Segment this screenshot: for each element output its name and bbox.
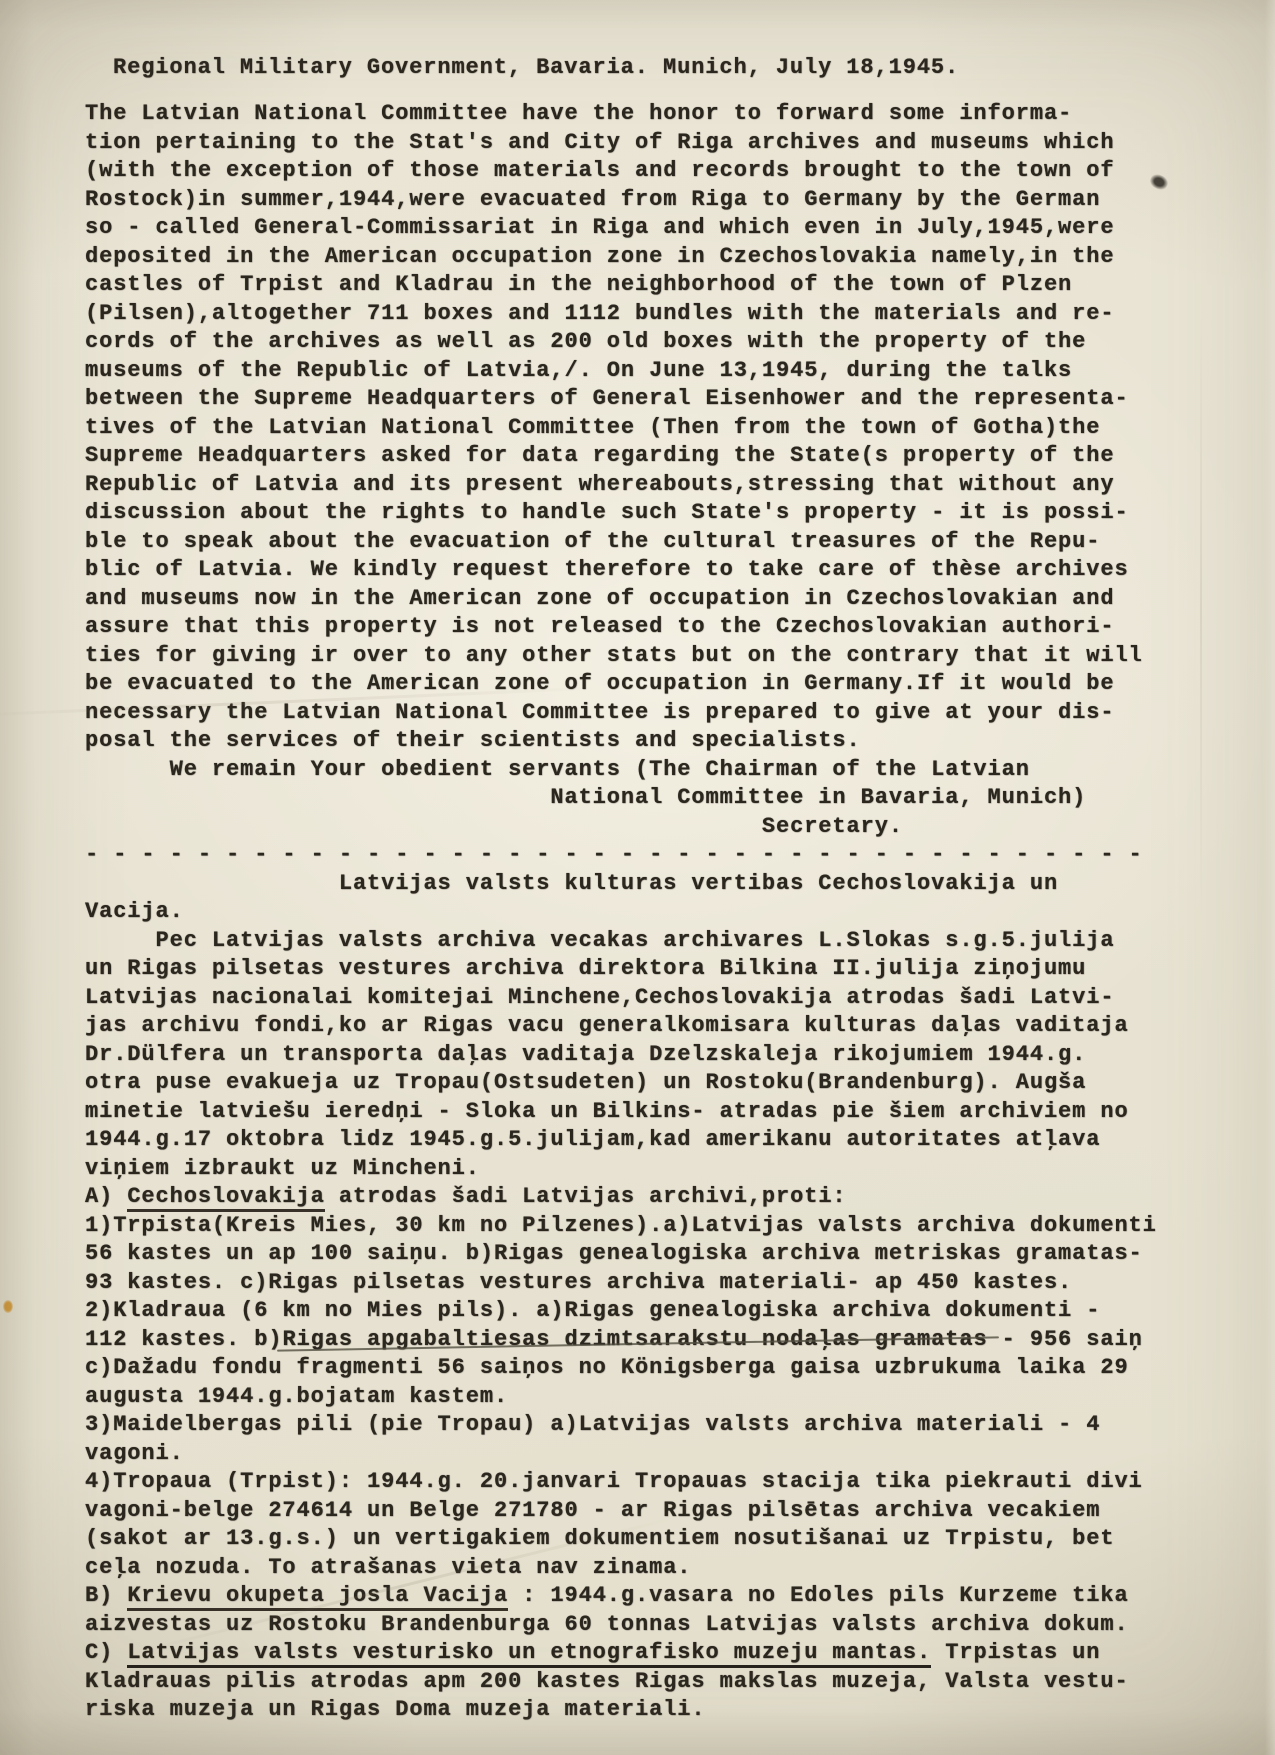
text-line: viņiem izbraukt uz Mincheni. xyxy=(85,1155,1245,1184)
orange-paper-fleck xyxy=(3,1300,13,1313)
english-paragraph: The Latvian National Committee have the … xyxy=(85,100,1245,756)
text-line: (sakot ar 13.g.s.) un vertigakiem dokume… xyxy=(85,1525,1245,1554)
section-b-underlined-phrase: Krievu okupeta josla Vacija xyxy=(127,1583,508,1611)
section-c-heading: C) Latvijas valsts vesturisko un etnogra… xyxy=(85,1639,1245,1668)
text-line: 1944.g.17 oktobra lidz 1945.g.5.julijam,… xyxy=(85,1126,1245,1155)
text-line: and museums now in the American zone of … xyxy=(85,585,1245,614)
text-line: museums of the Republic of Latvia,/. On … xyxy=(85,357,1245,386)
text-line: so - called General-Commissariat in Riga… xyxy=(85,214,1245,243)
text-line: minetie latviešu ieredņi - Sloka un Bilk… xyxy=(85,1098,1245,1127)
section-b-label: B) xyxy=(85,1583,127,1608)
document-header: Regional Military Government, Bavaria. M… xyxy=(113,54,959,83)
final-lines-block: Kladrauas pilis atrodas apm 200 kastes R… xyxy=(85,1668,1245,1725)
text-line: National Committee in Bavaria, Munich) xyxy=(85,784,1245,813)
text-line: 2)Kladraua (6 km no Mies pils). a)Rigas … xyxy=(85,1297,1245,1326)
text-line: posal the services of their scientists a… xyxy=(85,727,1245,756)
struck-line-rest: - 956 saiņ xyxy=(988,1327,1143,1352)
text-line: Latvijas nacionalai komitejai Minchene,C… xyxy=(85,984,1245,1013)
text-line: c)Dažadu fondu fragmenti 56 saiņos no Kö… xyxy=(85,1354,1245,1383)
text-line: 3)Maidelbergas pili (pie Tropau) a)Latvi… xyxy=(85,1411,1245,1440)
text-line: We remain Your obedient servants (The Ch… xyxy=(85,756,1245,785)
section-c-underlined-phrase: Latvijas valsts vesturisko un etnografis… xyxy=(127,1640,931,1668)
text-line: ble to speak about the evacuation of the… xyxy=(85,528,1245,557)
text-line: blic of Latvia. We kindly request theref… xyxy=(85,556,1245,585)
text-line: 1)Trpista(Kreis Mies, 30 km no Pilzenes)… xyxy=(85,1212,1245,1241)
text-line: un Rigas pilsetas vestures archiva direk… xyxy=(85,955,1245,984)
text-line: Supreme Headquarters asked for data rega… xyxy=(85,442,1245,471)
text-line: cords of the archives as well as 200 old… xyxy=(85,328,1245,357)
section-c-rest: Trpistas un xyxy=(931,1640,1100,1665)
text-line: (Pilsen),altogether 711 boxes and 1112 b… xyxy=(85,300,1245,329)
list-a2-block: c)Dažadu fondu fragmenti 56 saiņos no Kö… xyxy=(85,1354,1245,1582)
text-line: vagoni. xyxy=(85,1440,1245,1469)
text-line: tives of the Latvian National Committee … xyxy=(85,414,1245,443)
struck-phrase: Rigas apgabaltiesas dzimtsarakstu nodaļa… xyxy=(282,1327,987,1352)
struck-text-line: 112 kastes. b)Rigas apgabaltiesas dzimts… xyxy=(85,1326,1245,1355)
text-line: Pec Latvijas valsts archiva vecakas arch… xyxy=(85,927,1245,956)
text-line: Rostock)in summer,1944,were evacuated fr… xyxy=(85,186,1245,215)
section-b-rest: : 1944.g.vasara no Edoles pils Kurzeme t… xyxy=(508,1583,1129,1608)
dashed-separator: - - - - - - - - - - - - - - - - - - - - … xyxy=(85,841,1245,870)
scanned-document-page: Regional Military Government, Bavaria. M… xyxy=(0,0,1275,1755)
section-b-continuation: aizvestas uz Rostoku Brandenburga 60 ton… xyxy=(85,1611,1245,1640)
document-body: The Latvian National Committee have the … xyxy=(85,100,1245,1725)
section-a-heading: A) Cechoslovakija atrodas šadi Latvijas … xyxy=(85,1183,1245,1212)
section-b-heading: B) Krievu okupeta josla Vacija : 1944.g.… xyxy=(85,1582,1245,1611)
latvian-intro: Pec Latvijas valsts archiva vecakas arch… xyxy=(85,927,1245,1184)
text-line: 4)Tropaua (Trpist): 1944.g. 20.janvari T… xyxy=(85,1468,1245,1497)
latvian-title: Latvijas valsts kulturas vertibas Cechos… xyxy=(85,870,1245,927)
text-line: Latvijas valsts kulturas vertibas Cechos… xyxy=(85,870,1245,899)
text-line: assure that this property is not release… xyxy=(85,613,1245,642)
text-line: Dr.Dülfera un transporta daļas vaditaja … xyxy=(85,1041,1245,1070)
text-line: augusta 1944.g.bojatam kastem. xyxy=(85,1383,1245,1412)
text-line: otra puse evakueja uz Tropau(Ostsudeten)… xyxy=(85,1069,1245,1098)
text-line: (with the exception of those materials a… xyxy=(85,157,1245,186)
text-line: tion pertaining to the Stat's and City o… xyxy=(85,129,1245,158)
text-line: 56 kastes un ap 100 saiņu. b)Rigas genea… xyxy=(85,1240,1245,1269)
text-line: Secretary. xyxy=(85,813,1245,842)
text-line: necessary the Latvian National Committee… xyxy=(85,699,1245,728)
text-line: ceļa nozuda. To atrašanas vieta nav zina… xyxy=(85,1554,1245,1583)
text-line: castles of Trpist and Kladrau in the nei… xyxy=(85,271,1245,300)
text-line: riska muzeja un Rigas Doma muzeja materi… xyxy=(85,1696,1245,1725)
text-line: Kladrauas pilis atrodas apm 200 kastes R… xyxy=(85,1668,1245,1697)
text-line: jas archivu fondi,ko ar Rigas vacu gener… xyxy=(85,1012,1245,1041)
text-line: ties for giving ir over to any other sta… xyxy=(85,642,1245,671)
text-line: deposited in the American occupation zon… xyxy=(85,243,1245,272)
list-a-block: 1)Trpista(Kreis Mies, 30 km no Pilzenes)… xyxy=(85,1212,1245,1326)
section-a-rest: atrodas šadi Latvijas archivi,proti: xyxy=(325,1184,847,1209)
closing-block: We remain Your obedient servants (The Ch… xyxy=(85,756,1245,842)
text-line: Vacija. xyxy=(85,898,1245,927)
text-line: between the Supreme Headquarters of Gene… xyxy=(85,385,1245,414)
section-a-label: A) xyxy=(85,1184,127,1209)
text-line: be evacuated to the American zone of occ… xyxy=(85,670,1245,699)
text-line: vagoni-belge 274614 un Belge 271780 - ar… xyxy=(85,1497,1245,1526)
text-line: The Latvian National Committee have the … xyxy=(85,100,1245,129)
section-c-label: C) xyxy=(85,1640,127,1665)
text-line: discussion about the rights to handle su… xyxy=(85,499,1245,528)
section-a-underlined-phrase: Cechoslovakija xyxy=(127,1184,324,1212)
text-line: Republic of Latvia and its present where… xyxy=(85,471,1245,500)
text-line: 93 kastes. c)Rigas pilsetas vestures arc… xyxy=(85,1269,1245,1298)
struck-line-lead: 112 kastes. b) xyxy=(85,1327,282,1352)
